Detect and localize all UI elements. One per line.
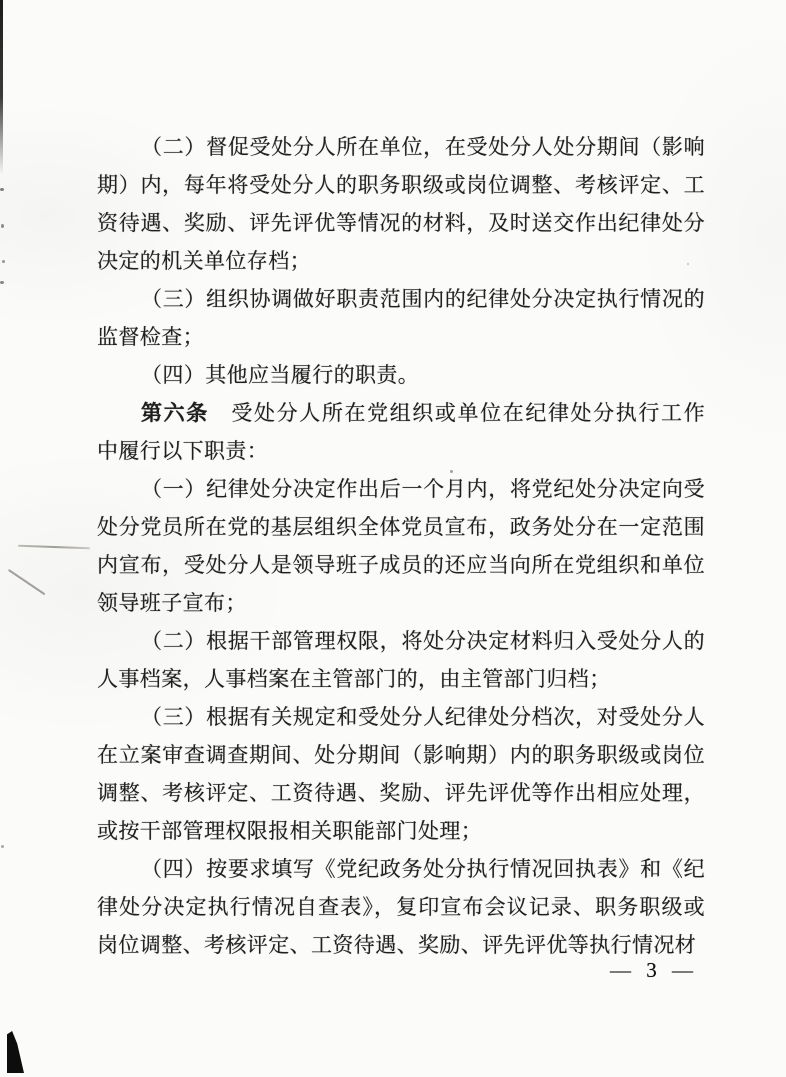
text-line: 第六条 受处分人所在党组织或单位在纪律处分执行工作: [97, 394, 705, 432]
paragraph: 第六条 受处分人所在党组织或单位在纪律处分执行工作中履行以下职责：: [97, 394, 705, 470]
text-line: （四）按要求填写《党纪政务处分执行情况回执表》和《纪: [97, 850, 705, 888]
text-line: 领导班子宣布；: [97, 584, 705, 622]
scan-artifact-speck: [1, 224, 4, 228]
text-line: 内宣布，受处分人是领导班子成员的还应当向所在党组织和单位: [97, 546, 705, 584]
paragraph: （一）纪律处分决定作出后一个月内，将党纪处分决定向受处分党员所在党的基层组织全体…: [97, 470, 705, 622]
scan-artifact-left-edge-shadow: [0, 0, 3, 175]
text-line: 决定的机关单位存档；: [97, 242, 705, 280]
text-line: 资待遇、奖励、评先评优等情况的材料，及时送交作出纪律处分: [97, 204, 705, 242]
text-line: （二）督促受处分人所在单位，在受处分人处分期间（影响: [97, 128, 705, 166]
text-line: 律处分决定执行情况自查表》，复印宣布会议记录、职务职级或: [97, 888, 705, 926]
paragraph: （三）根据有关规定和受处分人纪律处分档次，对受处分人在立案审查调查期间、处分期间…: [97, 698, 705, 850]
text-line: 在立案审查调查期间、处分期间（影响期）内的职务职级或岗位: [97, 736, 705, 774]
scan-artifact-horizontal-scratch: [18, 545, 90, 550]
paragraph: （三）组织协调做好职责范围内的纪律处分决定执行情况的监督检查；: [97, 280, 705, 356]
scan-artifact-speck: [2, 260, 5, 263]
paragraph: （二）根据干部管理权限，将处分决定材料归入受处分人的人事档案，人事档案在主管部门…: [97, 622, 705, 698]
scan-artifact-diagonal-scratch: [8, 569, 46, 595]
text-line: （四）其他应当履行的职责。: [97, 356, 705, 394]
scan-artifact-speck: [0, 188, 4, 191]
text-line: 处分党员所在党的基层组织全体党员宣布，政务处分在一定范围: [97, 508, 705, 546]
paragraph: （二）督促受处分人所在单位，在受处分人处分期间（影响期）内，每年将受处分人的职务…: [97, 128, 705, 280]
text-line: 调整、考核评定、工资待遇、奖励、评先评优等作出相应处理，: [97, 774, 705, 812]
text-line: （三）组织协调做好职责范围内的纪律处分决定执行情况的: [97, 280, 705, 318]
paragraph: （四）按要求填写《党纪政务处分执行情况回执表》和《纪律处分决定执行情况自查表》，…: [97, 850, 705, 964]
text-line: 人事档案，人事档案在主管部门的，由主管部门归档；: [97, 660, 705, 698]
text-line: 期）内，每年将受处分人的职务职级或岗位调整、考核评定、工: [97, 166, 705, 204]
paragraph: （四）其他应当履行的职责。: [97, 356, 705, 394]
scan-artifact-speck: [1, 845, 4, 848]
text-line: 或按干部管理权限报相关职能部门处理；: [97, 812, 705, 850]
scan-artifact-speck: [0, 281, 4, 284]
document-page: （二）督促受处分人所在单位，在受处分人处分期间（影响期）内，每年将受处分人的职务…: [0, 0, 786, 1077]
page-number: — 3 —: [610, 958, 698, 983]
text-line: （二）根据干部管理权限，将处分决定材料归入受处分人的: [97, 622, 705, 660]
text-line: （三）根据有关规定和受处分人纪律处分档次，对受处分人: [97, 698, 705, 736]
text-block: （二）督促受处分人所在单位，在受处分人处分期间（影响期）内，每年将受处分人的职务…: [97, 128, 705, 964]
scan-artifact-corner-ink-mark: [7, 1031, 24, 1073]
text-line: 监督检查；: [97, 318, 705, 356]
text-line: 中履行以下职责：: [97, 432, 705, 470]
article-number: 第六条: [141, 401, 209, 425]
text-line: （一）纪律处分决定作出后一个月内，将党纪处分决定向受: [97, 470, 705, 508]
